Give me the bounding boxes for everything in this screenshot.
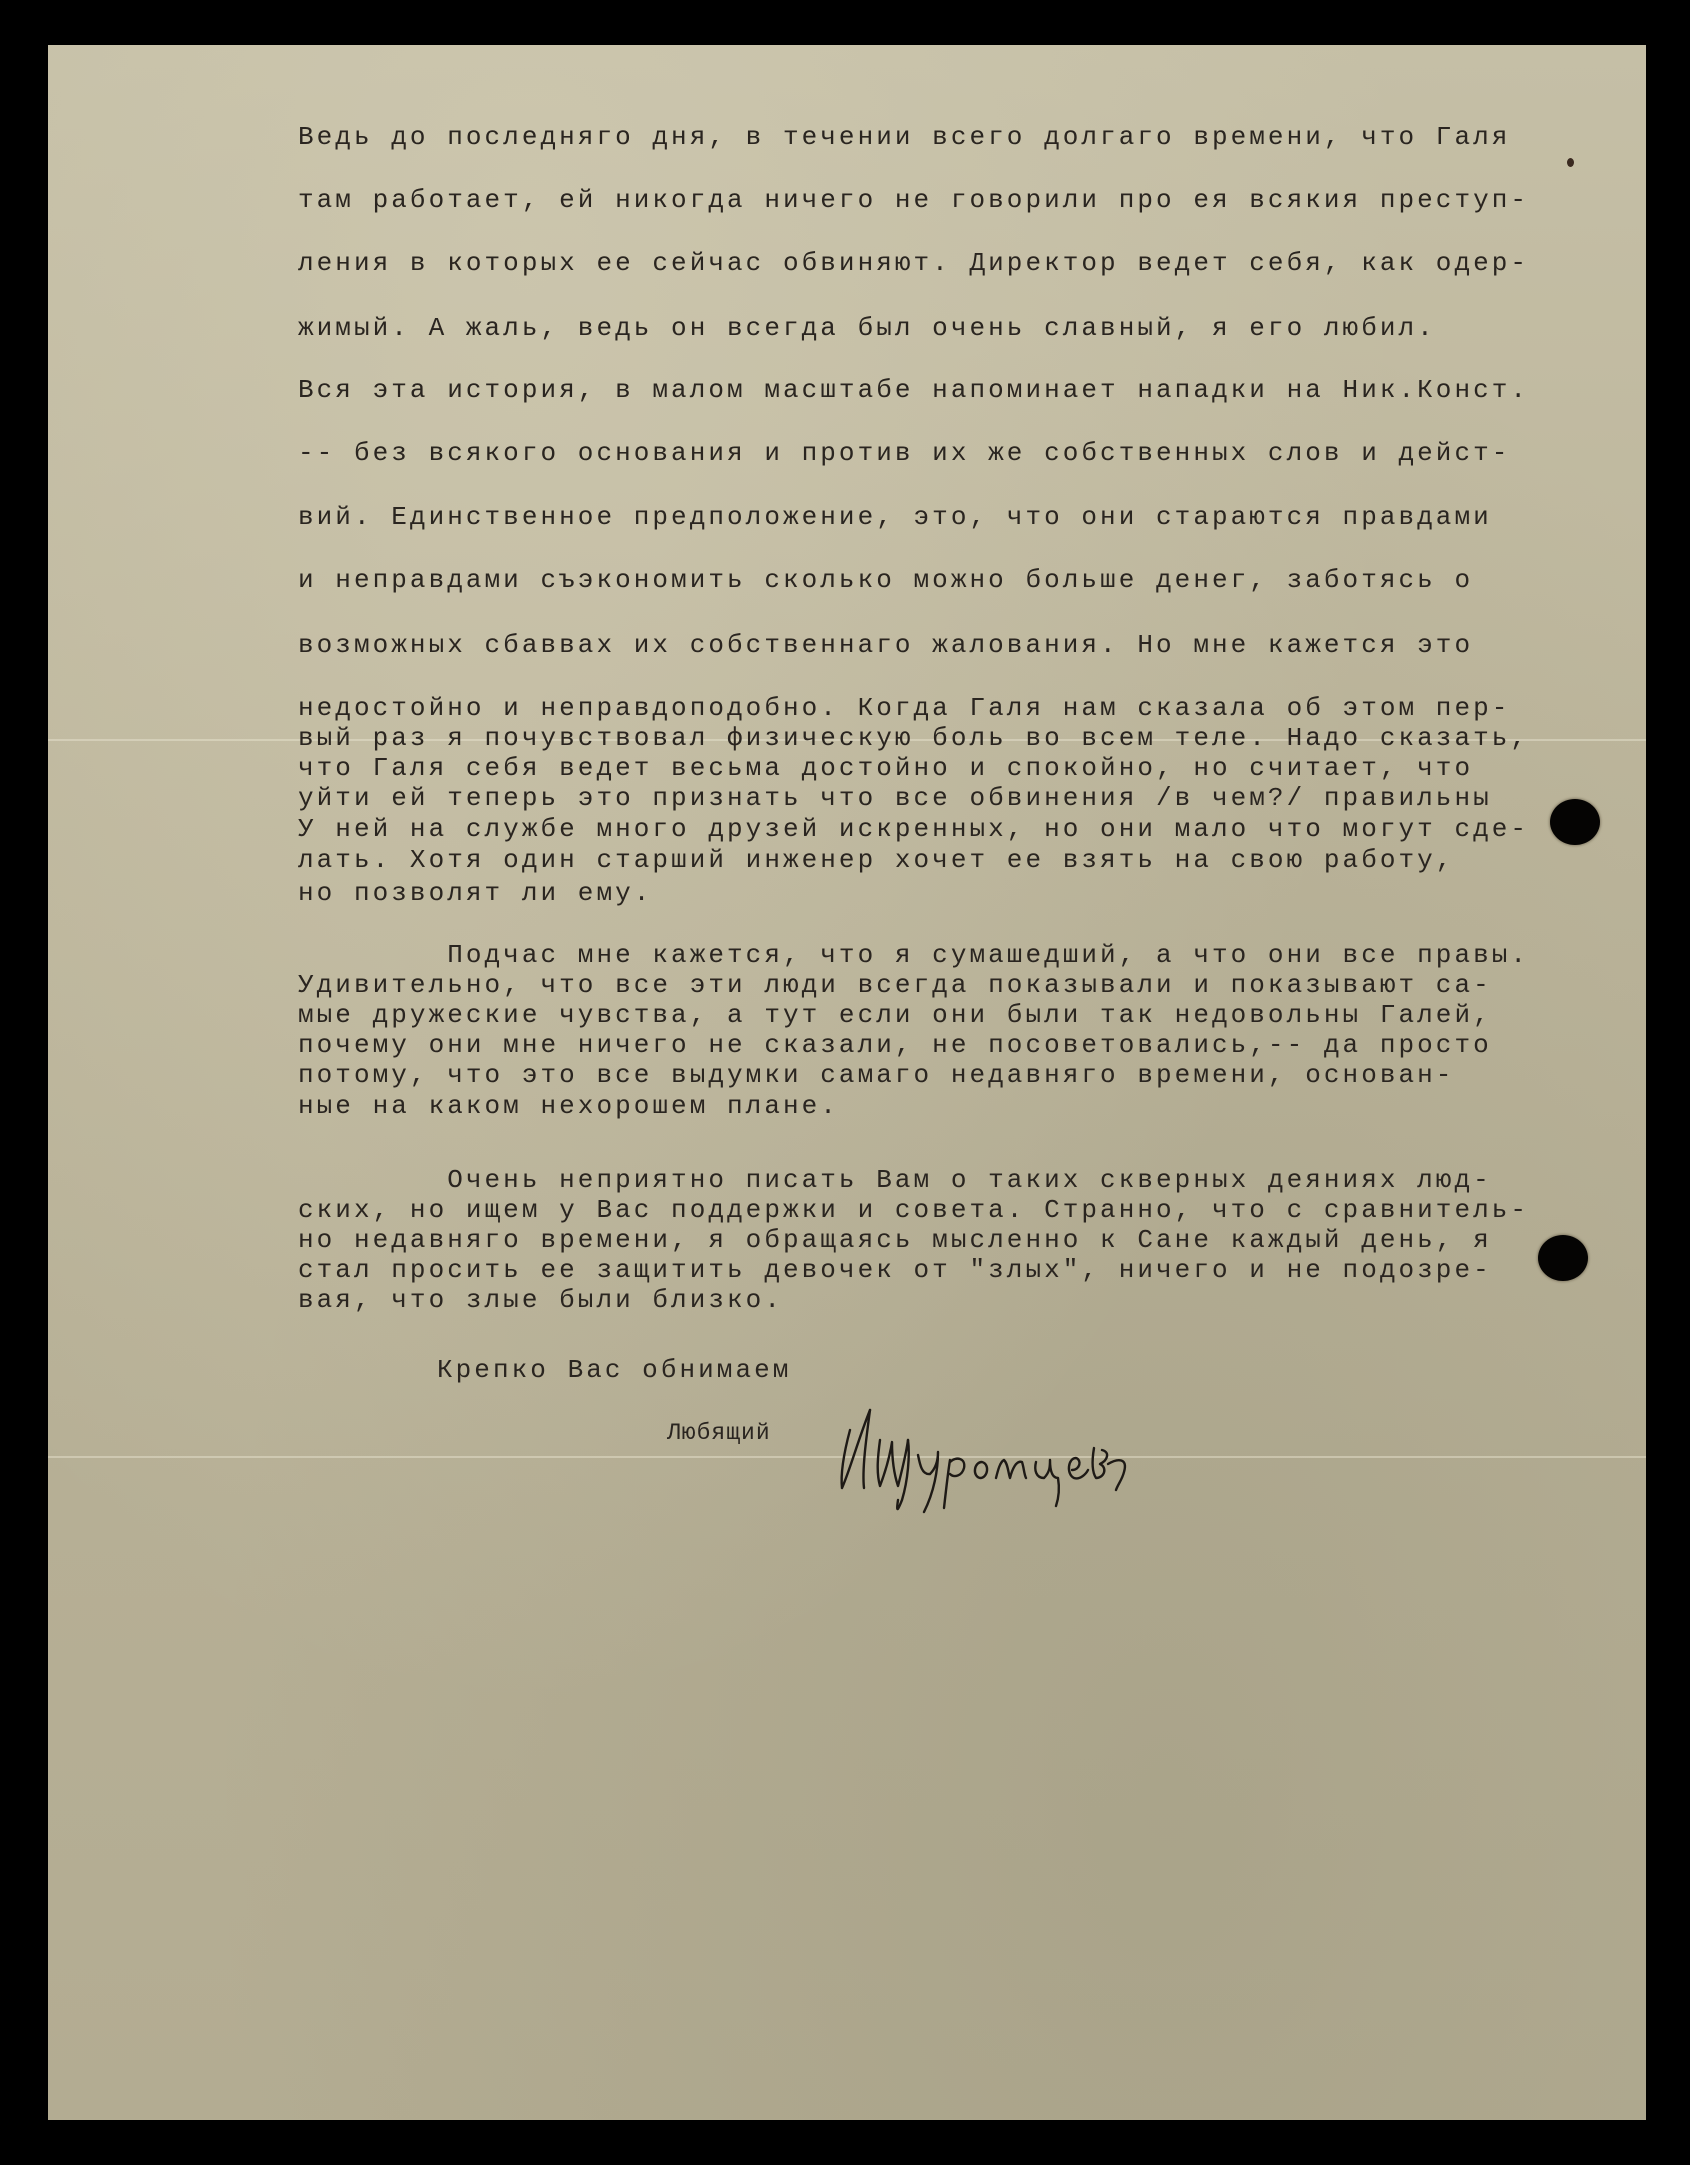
sign-off: Любящий: [667, 1418, 771, 1448]
text-line: но недавняго времени, я обращаясь мыслен…: [298, 1225, 1492, 1255]
text-line: уйти ей теперь это признать что все обви…: [298, 783, 1492, 813]
ink-dot: [1567, 158, 1574, 167]
text-line: но позволят ли ему.: [298, 878, 652, 908]
text-line: У ней на службе много друзей искренных, …: [298, 814, 1529, 844]
text-line: ских, но ищем у Вас поддержки и совета. …: [298, 1195, 1529, 1225]
text-line: ные на каком нехорошем плане.: [298, 1091, 839, 1121]
text-line: возможных сбаввах их собственнаго жалова…: [298, 630, 1473, 660]
text-line: вый раз я почувствовал физическую боль в…: [298, 723, 1529, 753]
text-line: вий. Единственное предположение, это, чт…: [298, 502, 1492, 532]
text-line: жимый. А жаль, ведь он всегда был очень …: [298, 313, 1436, 343]
text-line: мые дружеские чувства, а тут если они бы…: [298, 1000, 1492, 1030]
punch-hole-top: [1550, 799, 1600, 845]
text-line: потому, что это все выдумки самаго недав…: [298, 1060, 1454, 1090]
text-line: что Галя себя ведет весьма достойно и сп…: [298, 753, 1473, 783]
handwritten-signature: [836, 1400, 1196, 1515]
closing-salutation: Крепко Вас обнимаем: [437, 1355, 791, 1385]
text-line: стал просить ее защитить девочек от "злы…: [298, 1255, 1492, 1285]
text-line: Ведь до последняго дня, в течении всего …: [298, 122, 1510, 152]
text-line: и неправдами съэкономить сколько можно б…: [298, 565, 1473, 595]
letter-page: Ведь до последняго дня, в течении всего …: [48, 45, 1646, 2120]
text-line: Подчас мне кажется, что я сумашедший, а …: [298, 940, 1529, 970]
text-line: Вся эта история, в малом масштабе напоми…: [298, 375, 1529, 405]
text-line: Очень неприятно писать Вам о таких сквер…: [298, 1165, 1492, 1195]
text-line: вая, что злые были близко.: [298, 1285, 783, 1315]
text-line: лать. Хотя один старший инженер хочет ее…: [298, 845, 1454, 875]
punch-hole-bottom: [1538, 1235, 1588, 1281]
text-line: -- без всякого основания и против их же …: [298, 438, 1510, 468]
text-line: ления в которых ее сейчас обвиняют. Дире…: [298, 248, 1529, 278]
text-line: Удивительно, что все эти люди всегда пок…: [298, 970, 1492, 1000]
text-line: недостойно и неправдоподобно. Когда Галя…: [298, 693, 1510, 723]
text-line: почему они мне ничего не сказали, не пос…: [298, 1030, 1492, 1060]
text-line: там работает, ей никогда ничего не говор…: [298, 185, 1529, 215]
